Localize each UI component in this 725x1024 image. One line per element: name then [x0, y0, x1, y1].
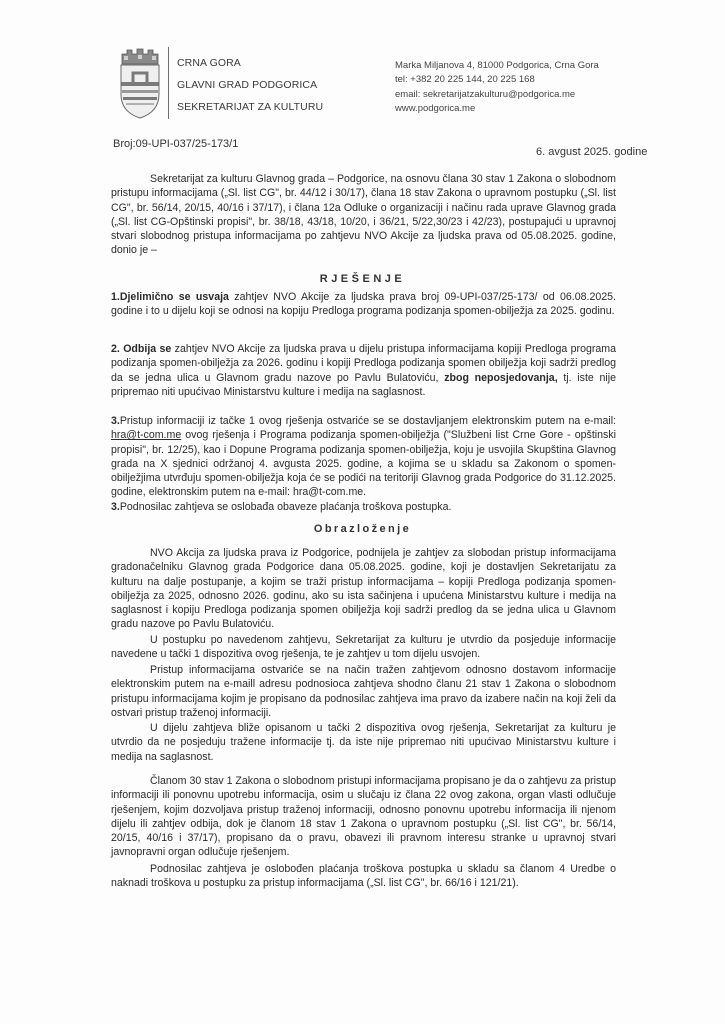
reasoning-paragraph-2: U postupku po navedenom zahtjevu, Sekret… — [111, 633, 616, 662]
reasoning-paragraph-3: Pristup informacijama ostvariće se na na… — [111, 663, 616, 720]
contact-block: Marka Miljanova 4, 81000 Podgorica, Crna… — [395, 59, 599, 116]
decision-item-1-lead: 1.Djelimično se usvaja — [111, 291, 229, 303]
phone: tel: +382 20 225 144, 20 225 168 — [395, 73, 599, 87]
decision-item-2-reason: zbog neposjedovanja, — [444, 372, 557, 384]
decision-item-4-text: Podnosilac zahtjeva se oslobađa obaveze … — [120, 501, 452, 513]
org-department: SEKRETARIJAT ZA KULTURU — [177, 96, 323, 118]
email-link[interactable]: hra@t-com.me — [111, 429, 181, 441]
reasoning-paragraph-1: NVO Akcija za ljudska prava iz Podgorice… — [111, 546, 616, 632]
reasoning-paragraph-4: U dijelu zahtjeva bliže opisanom u tački… — [111, 721, 616, 764]
document-page: CRNA GORA GLAVNI GRAD PODGORICA SEKRETAR… — [0, 0, 725, 1024]
reasoning-heading: Obrazloženje — [0, 523, 725, 535]
decision-item-1: 1.Djelimično se usvaja zahtjev NVO Akcij… — [111, 290, 616, 319]
preamble: Sekretarijat za kulturu Glavnog grada – … — [111, 172, 616, 258]
decision-item-3-lead: 3. — [111, 415, 120, 427]
reasoning-paragraph-5: Članom 30 stav 1 Zakona o slobodnom pris… — [111, 774, 616, 860]
letterhead-divider — [168, 47, 169, 119]
organization-name: CRNA GORA GLAVNI GRAD PODGORICA SEKRETAR… — [177, 52, 323, 118]
podgorica-coat-of-arms-icon — [118, 46, 162, 120]
reference-number: Broj:09-UPI-037/25-173/1 — [113, 138, 238, 150]
decision-item-3: 3.Pristup informaciji iz tačke 1 ovog rj… — [111, 414, 616, 500]
address: Marka Miljanova 4, 81000 Podgorica, Crna… — [395, 59, 599, 73]
org-city: GLAVNI GRAD PODGORICA — [177, 74, 323, 96]
org-country: CRNA GORA — [177, 52, 323, 74]
email: email: sekretarijatzakulturu@podgorica.m… — [395, 88, 599, 102]
decision-item-3-text: Pristup informaciji iz tačke 1 ovog rješ… — [120, 415, 616, 427]
decision-item-4-lead: 3. — [111, 501, 120, 513]
website: www.podgorica.me — [395, 102, 599, 116]
reasoning-paragraph-6: Podnosilac zahtjeva je oslobođen plaćanj… — [111, 862, 616, 891]
decision-item-4: 3.Podnosilac zahtjeva se oslobađa obavez… — [111, 500, 616, 514]
document-date: 6. avgust 2025. godine — [536, 146, 647, 158]
decision-heading: RJEŠENJE — [0, 273, 725, 285]
decision-item-2: 2. Odbija se zahtjev NVO Akcije za ljuds… — [111, 342, 616, 399]
decision-item-3-text-cont: ovog rješenja i Programa podizanja spome… — [111, 429, 616, 498]
decision-item-2-lead: 2. Odbija se — [111, 343, 171, 355]
